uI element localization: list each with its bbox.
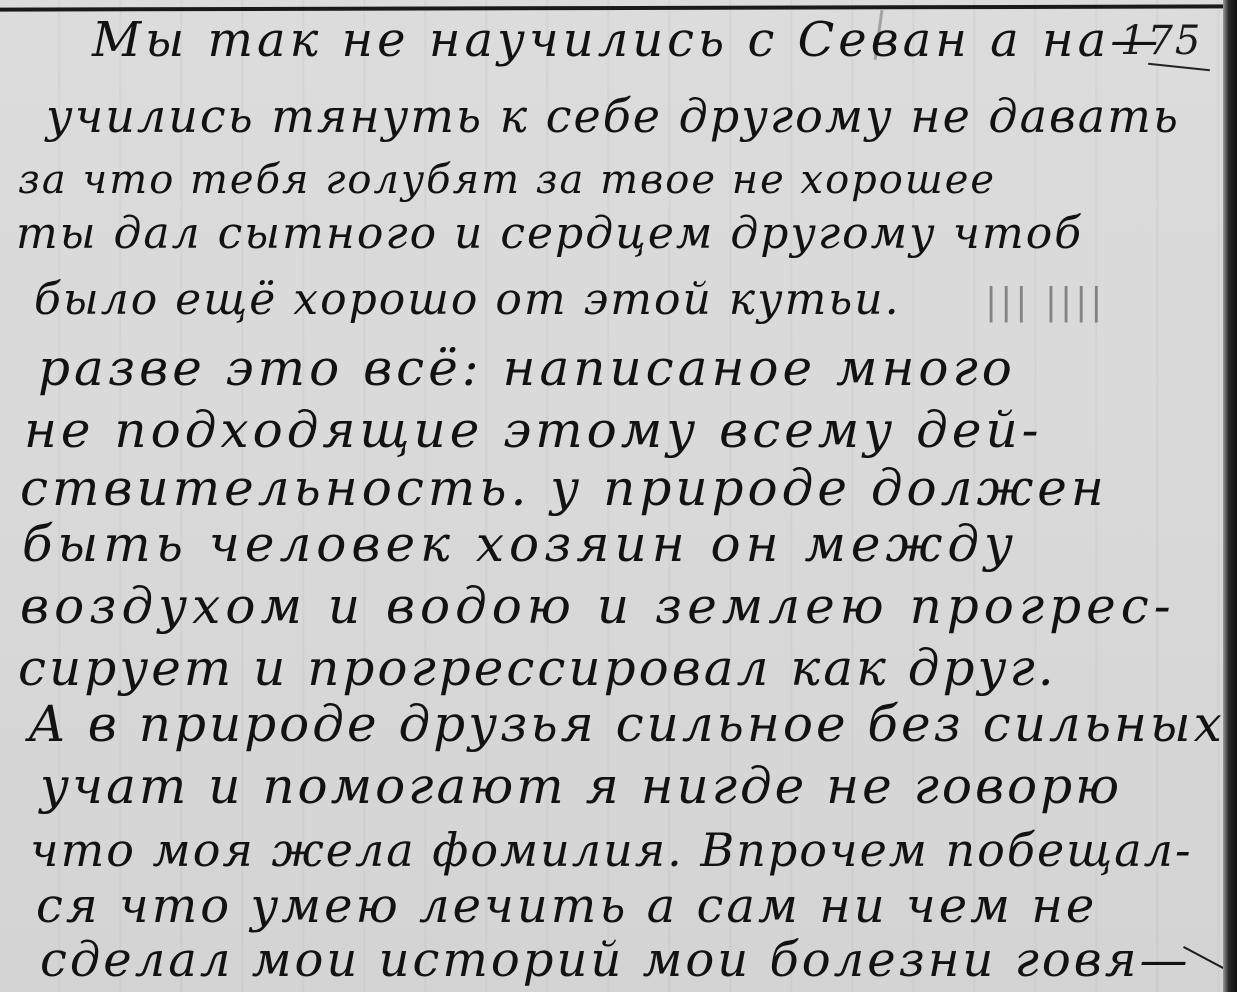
text-line-13: учат и помогают я нигде не говорю	[40, 758, 1122, 814]
text-line-5: было ещё хорошо от этой кутьи.	[34, 272, 901, 328]
text-line-1: Мы так не научились с Севан а на—	[92, 12, 1162, 68]
faded-tally-marks: ||| ||||	[985, 282, 1105, 323]
text-line-9: быть человек хозяин он между	[22, 516, 1018, 572]
text-line-3: за что тебя голубят за твое не хорошее	[18, 152, 996, 208]
text-line-14: что моя жела фомилия. Впрочем побещал-	[30, 822, 1192, 878]
scan-edge-shadow	[1223, 0, 1237, 992]
text-line-12: А в природе друзья сильное без сильных	[28, 696, 1225, 752]
text-line-2: учились тянуть к себе другому не давать	[46, 88, 1180, 144]
text-line-7: не подходящие этому всему дей-	[24, 402, 1043, 458]
text-line-4: ты дал сытного и сердцем другому чтоб	[16, 206, 1083, 262]
text-line-16: сделал мои историй мои болезни говя—	[40, 932, 1190, 988]
text-line-10: воздухом и водою и землею прогрес-	[20, 578, 1176, 634]
top-border-line	[0, 4, 1237, 11]
text-line-11: сирует и прогрессировал как друг.	[18, 640, 1057, 696]
text-line-15: ся что умею лечить а сам ни чем не	[36, 878, 1097, 934]
manuscript-page: 175 Мы так не научились с Севан а на— уч…	[0, 0, 1237, 992]
text-line-6: разве это всё: написаное много	[38, 340, 1016, 396]
text-line-8: ствительность. у природе должен	[20, 460, 1108, 516]
